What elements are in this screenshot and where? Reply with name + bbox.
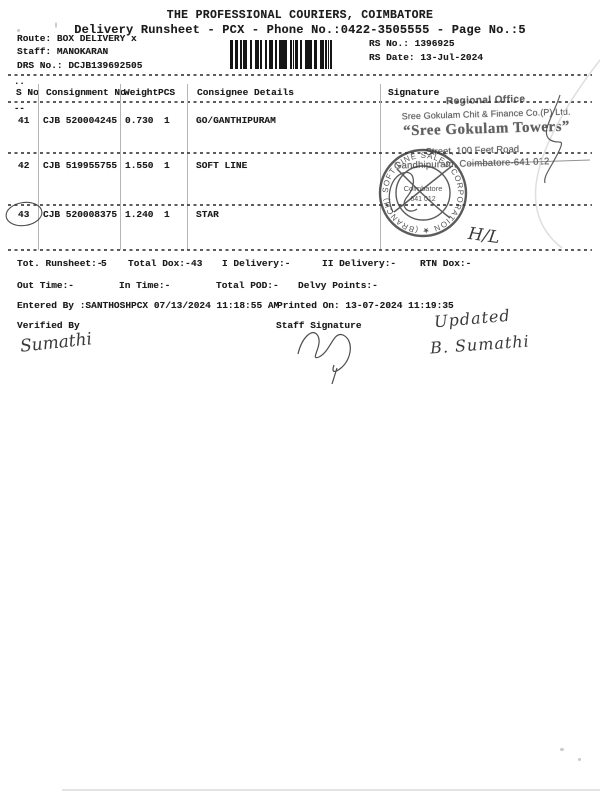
stamp-center-city: Coimbatore <box>404 184 443 193</box>
page-title: THE PROFESSIONAL COURIERS, COIMBATORE <box>0 9 600 22</box>
rs-no-line: RS No.: 1396925 <box>369 38 455 49</box>
separator-table-bottom <box>8 249 592 251</box>
stamp-center-pin: 641 012 <box>410 196 435 203</box>
scan-speck-2 <box>17 29 20 32</box>
table-row-41-consignee: GO/GANTHIPURAM <box>196 115 276 126</box>
rs-date-line: RS Date: 13-Jul-2024 <box>369 52 483 63</box>
col-header-consignee: Consignee Details <box>197 87 294 98</box>
paper-crease <box>536 60 600 248</box>
total-pod-label: Total POD:- <box>216 280 279 291</box>
table-row-43-sno: 43 <box>18 209 29 220</box>
out-time-label: Out Time:- <box>17 280 74 291</box>
scan-bottom-line <box>62 789 600 791</box>
staff-line: Staff: MANOKARAN <box>17 46 108 57</box>
scan-speck-3 <box>560 748 564 751</box>
delvy-points-label: Delvy Points:- <box>298 280 378 291</box>
route-line: Route: BOX DELIVERY x <box>17 33 137 44</box>
col-header-pcs: PCS <box>158 87 175 98</box>
column-line-2 <box>120 84 121 250</box>
separator-top <box>8 74 592 76</box>
stamp-line-city: Gandhipuram, Coimbatore-641 012 <box>394 156 550 171</box>
drs-label: DRS No.: <box>17 60 63 71</box>
total-runsheet-label: Tot. Runsheet:- <box>17 258 103 269</box>
table-row-42-consignee: SOFT LINE <box>196 160 247 171</box>
in-time-label: In Time:- <box>119 280 170 291</box>
table-row-42-sno: 42 <box>18 160 29 171</box>
table-row-42-consignment: CJB 519955755 <box>43 160 117 171</box>
route-label: Route: <box>17 33 51 44</box>
rs-no-value: 1396925 <box>415 38 455 49</box>
col-header-weight: Weight <box>124 87 158 98</box>
scan-mark-header: -- <box>14 104 25 114</box>
verified-by-label: Verified By <box>17 320 80 331</box>
scan-speck-1 <box>55 22 57 28</box>
handwritten-name: B. Sumathi <box>429 332 530 358</box>
stamp-signature-loop <box>389 172 417 212</box>
rs-date-value: 13-Jul-2024 <box>420 52 483 63</box>
scanned-delivery-runsheet: THE PROFESSIONAL COURIERS, COIMBATORE De… <box>0 0 600 800</box>
stamp-line-building: “Sree Gokulam Towers” <box>379 118 594 141</box>
column-line-3 <box>187 84 188 250</box>
total-runsheet-value: 5 <box>101 258 107 269</box>
stamp-inner-ring <box>396 166 450 220</box>
handwritten-hl-mark: H/L <box>467 224 501 248</box>
scan-mark-top: .. <box>14 77 25 87</box>
table-row-43-weight: 1.240 <box>125 209 154 220</box>
staff-value: MANOKARAN <box>57 46 108 57</box>
col-header-consignment: Consignment No <box>46 87 126 98</box>
total-dox-value: 43 <box>191 258 202 269</box>
scan-speck-4 <box>578 758 581 761</box>
rs-date-label: RS Date: <box>369 52 415 63</box>
entered-by-line: Entered By :SANTHOSHPCX 07/13/2024 11:18… <box>17 300 279 311</box>
staff-signature-label: Staff Signature <box>276 320 362 331</box>
ii-delivery-label: II Delivery:- <box>322 258 396 269</box>
table-row-41-weight: 0.730 <box>125 115 154 126</box>
drs-line: DRS No.: DCJB139692505 <box>17 60 142 71</box>
table-row-42-weight: 1.550 <box>125 160 154 171</box>
table-row-42-pcs: 1 <box>164 160 170 171</box>
staff-signature-scribble <box>298 333 350 384</box>
stamp-line-street: Street, 100 Feet Road <box>425 144 519 158</box>
printed-on-line: Printed On: 13-07-2024 11:19:35 <box>277 300 454 311</box>
stamp-cross-stroke-1 <box>397 169 450 218</box>
table-row-41-sno: 41 <box>18 115 29 126</box>
table-row-41-consignment: CJB 520004245 <box>43 115 117 126</box>
column-line-1 <box>38 84 39 250</box>
verified-by-handwritten-signature: Sumathi <box>19 329 93 356</box>
drs-value: DCJB139692505 <box>68 60 142 71</box>
table-row-43-pcs: 1 <box>164 209 170 220</box>
rs-no-label: RS No.: <box>369 38 409 49</box>
total-dox-label: Total Dox:- <box>128 258 191 269</box>
table-row-43-consignment: CJB 520008375 <box>43 209 117 220</box>
table-row-43-consignee: STAR <box>196 209 219 220</box>
staff-label: Staff: <box>17 46 51 57</box>
col-header-sno: S No <box>16 87 39 98</box>
table-row-41-pcs: 1 <box>164 115 170 126</box>
i-delivery-label: I Delivery:- <box>222 258 290 269</box>
route-value: BOX DELIVERY x <box>57 33 137 44</box>
rtn-dox-label: RTN Dox:- <box>420 258 471 269</box>
separator-row-42 <box>8 204 592 206</box>
barcode <box>230 40 334 69</box>
